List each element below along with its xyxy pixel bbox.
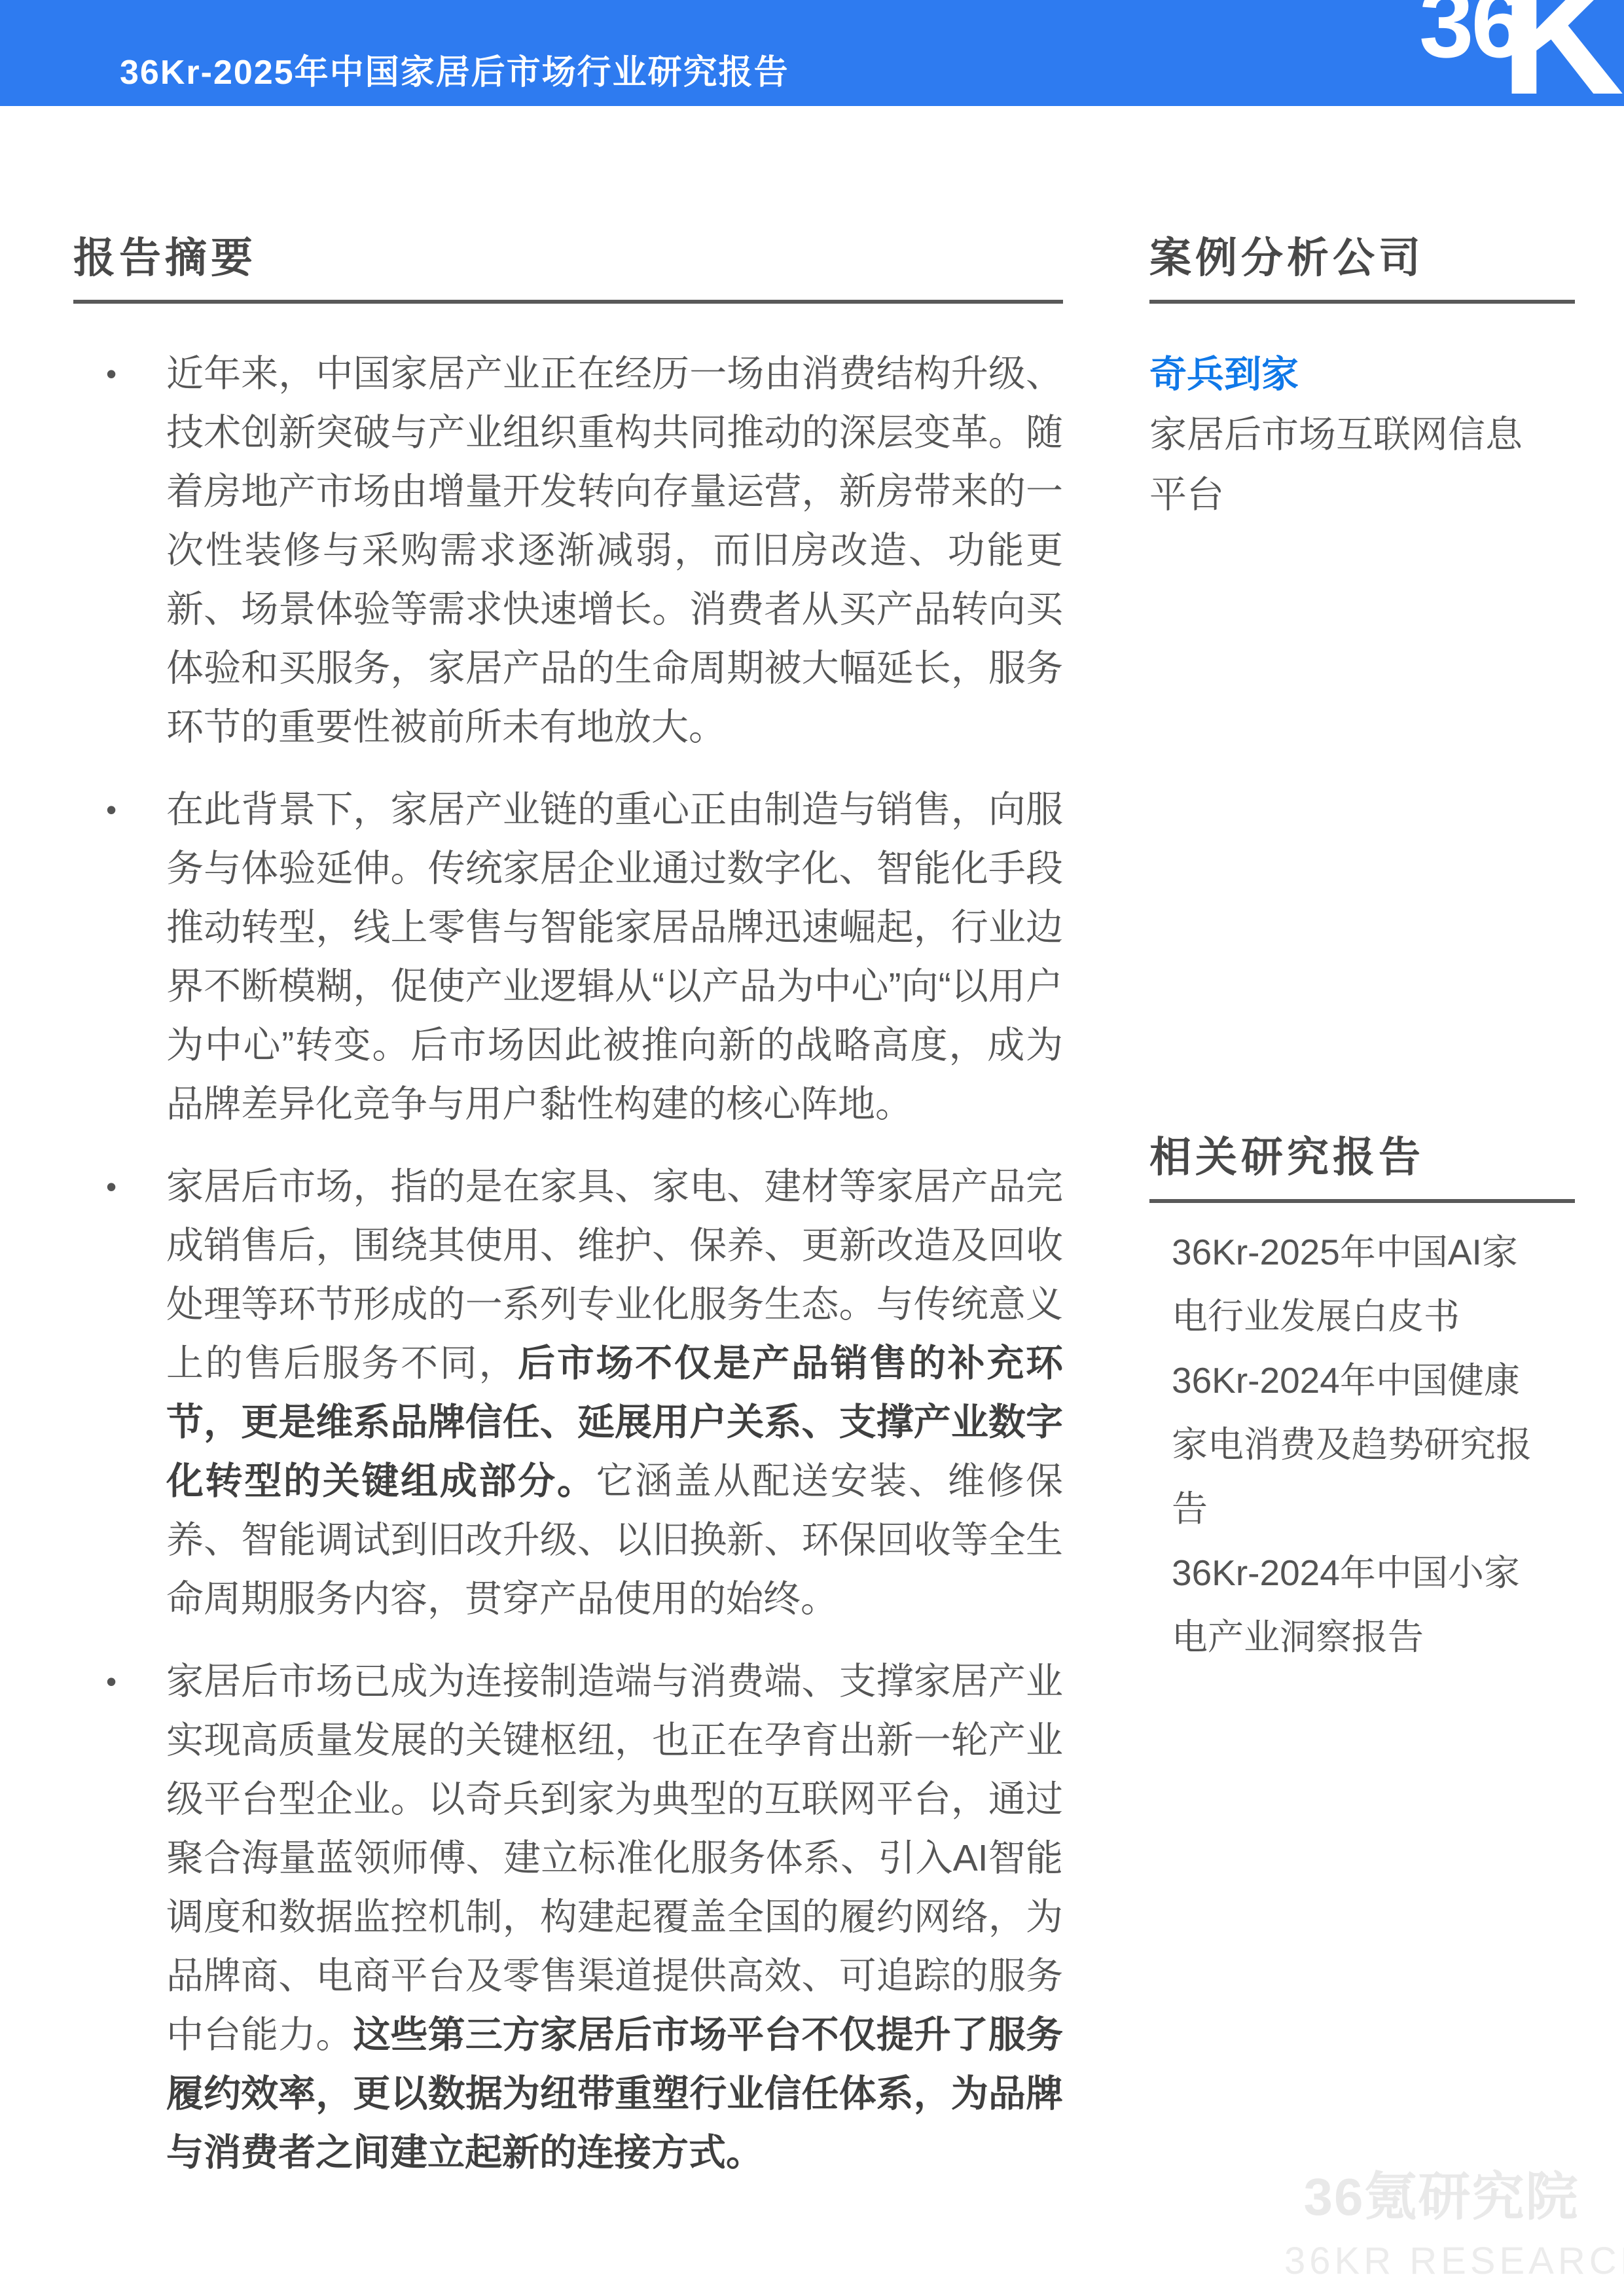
summary-heading: 报告摘要 <box>73 237 1063 279</box>
bullet-item: •近年来，中国家居产业正在经历一场由消费结构升级、技术创新突破与产业组织重构共同… <box>73 344 1063 757</box>
bullet-dot-icon: • <box>106 1652 117 1711</box>
watermark-cn: 36氪研究院 <box>1284 2155 1598 2230</box>
company-description: 家居后市场互联网信息平台 <box>1149 404 1542 525</box>
watermark: 36氪研究院 36KR RESEARCH <box>1284 2155 1598 2283</box>
bullet-item: •家居后市场，指的是在家具、家电、建材等家居产品完成销售后，围绕其使用、维护、保… <box>73 1157 1063 1628</box>
bullet-text: 在此背景下，家居产业链的重心正由制造与销售，向服务与体验延伸。传统家居企业通过数… <box>166 789 1063 1125</box>
36kr-logo-kr: Kr <box>1500 0 1624 106</box>
bullet-text: 近年来，中国家居产业正在经历一场由消费结构升级、技术创新突破与产业组织重构共同推… <box>166 353 1063 748</box>
report-item: 36Kr-2025年中国AI家电行业发展白皮书 <box>1172 1220 1532 1348</box>
company-name: 奇兵到家 <box>1149 344 1575 404</box>
bullet-item: •在此背景下，家居产业链的重心正由制造与销售，向服务与体验延伸。传统家居企业通过… <box>73 780 1063 1134</box>
case-company-rule <box>1149 300 1575 304</box>
related-reports-heading: 相关研究报告 <box>1149 1136 1575 1178</box>
bullet-dot-icon: • <box>106 344 117 403</box>
watermark-en: 36KR RESEARCH <box>1284 2239 1598 2283</box>
report-page: 36Kr-2025年中国家居后市场行业研究报告 36 Kr 报告摘要 •近年来，… <box>0 0 1624 2296</box>
related-reports-section: 相关研究报告 36Kr-2025年中国AI家电行业发展白皮书36Kr-2024年… <box>1149 1136 1575 1669</box>
case-company-heading: 案例分析公司 <box>1149 237 1575 279</box>
summary-rule <box>73 300 1063 304</box>
bullet-dot-icon: • <box>106 1157 117 1216</box>
related-reports-rule <box>1149 1199 1575 1203</box>
page-title: 36Kr-2025年中国家居后市场行业研究报告 <box>120 45 789 94</box>
header-bar: 36Kr-2025年中国家居后市场行业研究报告 36 Kr <box>0 0 1624 106</box>
summary-section: 报告摘要 •近年来，中国家居产业正在经历一场由消费结构升级、技术创新突破与产业组… <box>73 237 1063 2206</box>
report-item: 36Kr-2024年中国健康家电消费及趋势研究报告 <box>1172 1348 1532 1541</box>
bullet-dot-icon: • <box>106 780 117 839</box>
bullet-text: 家居后市场，指的是在家具、家电、建材等家居产品完成销售后，围绕其使用、维护、保养… <box>166 1166 1063 1620</box>
case-company-section: 案例分析公司 奇兵到家 家居后市场互联网信息平台 <box>1149 237 1575 525</box>
bullet-text: 家居后市场已成为连接制造端与消费端、支撑家居产业实现高质量发展的关键枢纽，也正在… <box>166 1660 1063 2174</box>
report-item: 36Kr-2024年中国小家电产业洞察报告 <box>1172 1541 1532 1669</box>
related-report-list: 36Kr-2025年中国AI家电行业发展白皮书36Kr-2024年中国健康家电消… <box>1149 1220 1532 1669</box>
bullet-list: •近年来，中国家居产业正在经历一场由消费结构升级、技术创新突破与产业组织重构共同… <box>73 344 1063 2182</box>
bullet-item: •家居后市场已成为连接制造端与消费端、支撑家居产业实现高质量发展的关键枢纽，也正… <box>73 1652 1063 2182</box>
